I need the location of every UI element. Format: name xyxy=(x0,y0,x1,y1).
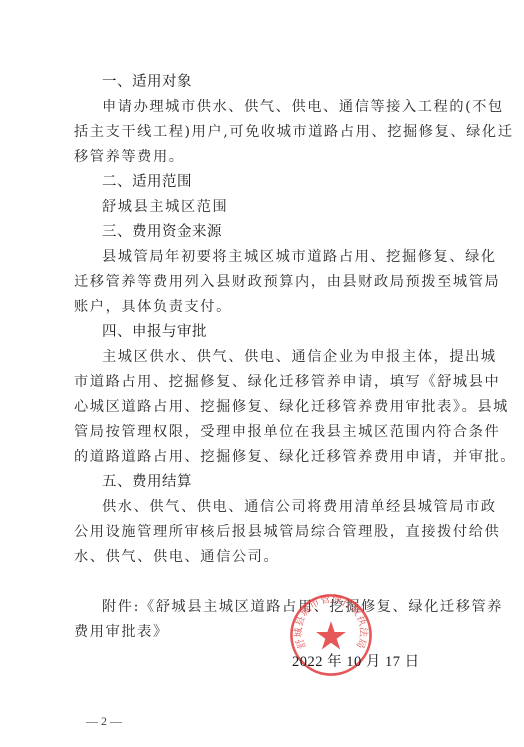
paragraph-line: 水、供气、供电、通信公司。 xyxy=(74,547,454,567)
page-number: — 2 — xyxy=(86,714,122,729)
paragraph-line: 舒城县主城区范围 xyxy=(102,197,482,217)
paragraph-line: 心城区道路占用、挖掘修复、绿化迁移管养费用审批表》。县城 xyxy=(74,397,454,417)
paragraph-line: 申请办理城市供水、供气、供电、通信等接入工程的(不包 xyxy=(102,97,482,117)
paragraph-line: 移管养等费用。 xyxy=(74,147,454,167)
section-heading-3: 三、费用资金来源 xyxy=(102,222,482,242)
paragraph-line: 县城管局年初要将主城区城市道路占用、挖掘修复、绿化 xyxy=(102,247,482,267)
section-heading-4: 四、申报与审批 xyxy=(102,322,482,342)
paragraph-line: 市道路占用、挖掘修复、绿化迁移管养申请，填写《舒城县中 xyxy=(74,372,454,392)
document-date: 2022 年 10 月 17 日 xyxy=(292,650,420,671)
section-heading-2: 二、适用范围 xyxy=(102,172,482,192)
attachment-line: 费用审批表》 xyxy=(74,622,454,642)
paragraph-line: 主城区供水、供气、供电、通信企业为申报主体，提出城 xyxy=(102,347,482,367)
paragraph-line: 的道路道路占用、挖掘修复、绿化迁移管养费用申请，并审批。 xyxy=(74,447,454,467)
paragraph-line: 公用设施管理所审核后报县城管局综合管理股，直接拨付给供 xyxy=(74,522,454,542)
document-page: 一、适用对象 申请办理城市供水、供气、供电、通信等接入工程的(不包 括主支干线工… xyxy=(0,0,524,747)
section-heading-5: 五、费用结算 xyxy=(102,472,482,492)
paragraph-line: 管局按管理权限，受理申报单位在我县主城区范围内符合条件 xyxy=(74,422,454,442)
paragraph-line: 迁移管养等费用列入县财政预算内，由县财政局预拨至城管局 xyxy=(74,272,454,292)
paragraph-line: 括主支干线工程)用户,可免收城市道路占用、挖掘修复、绿化迁 xyxy=(74,122,454,142)
paragraph-line: 账户，具体负责支付。 xyxy=(74,297,454,317)
paragraph-line: 供水、供气、供电、通信公司将费用清单经县城管局市政 xyxy=(102,497,482,517)
section-heading-1: 一、适用对象 xyxy=(102,72,482,92)
